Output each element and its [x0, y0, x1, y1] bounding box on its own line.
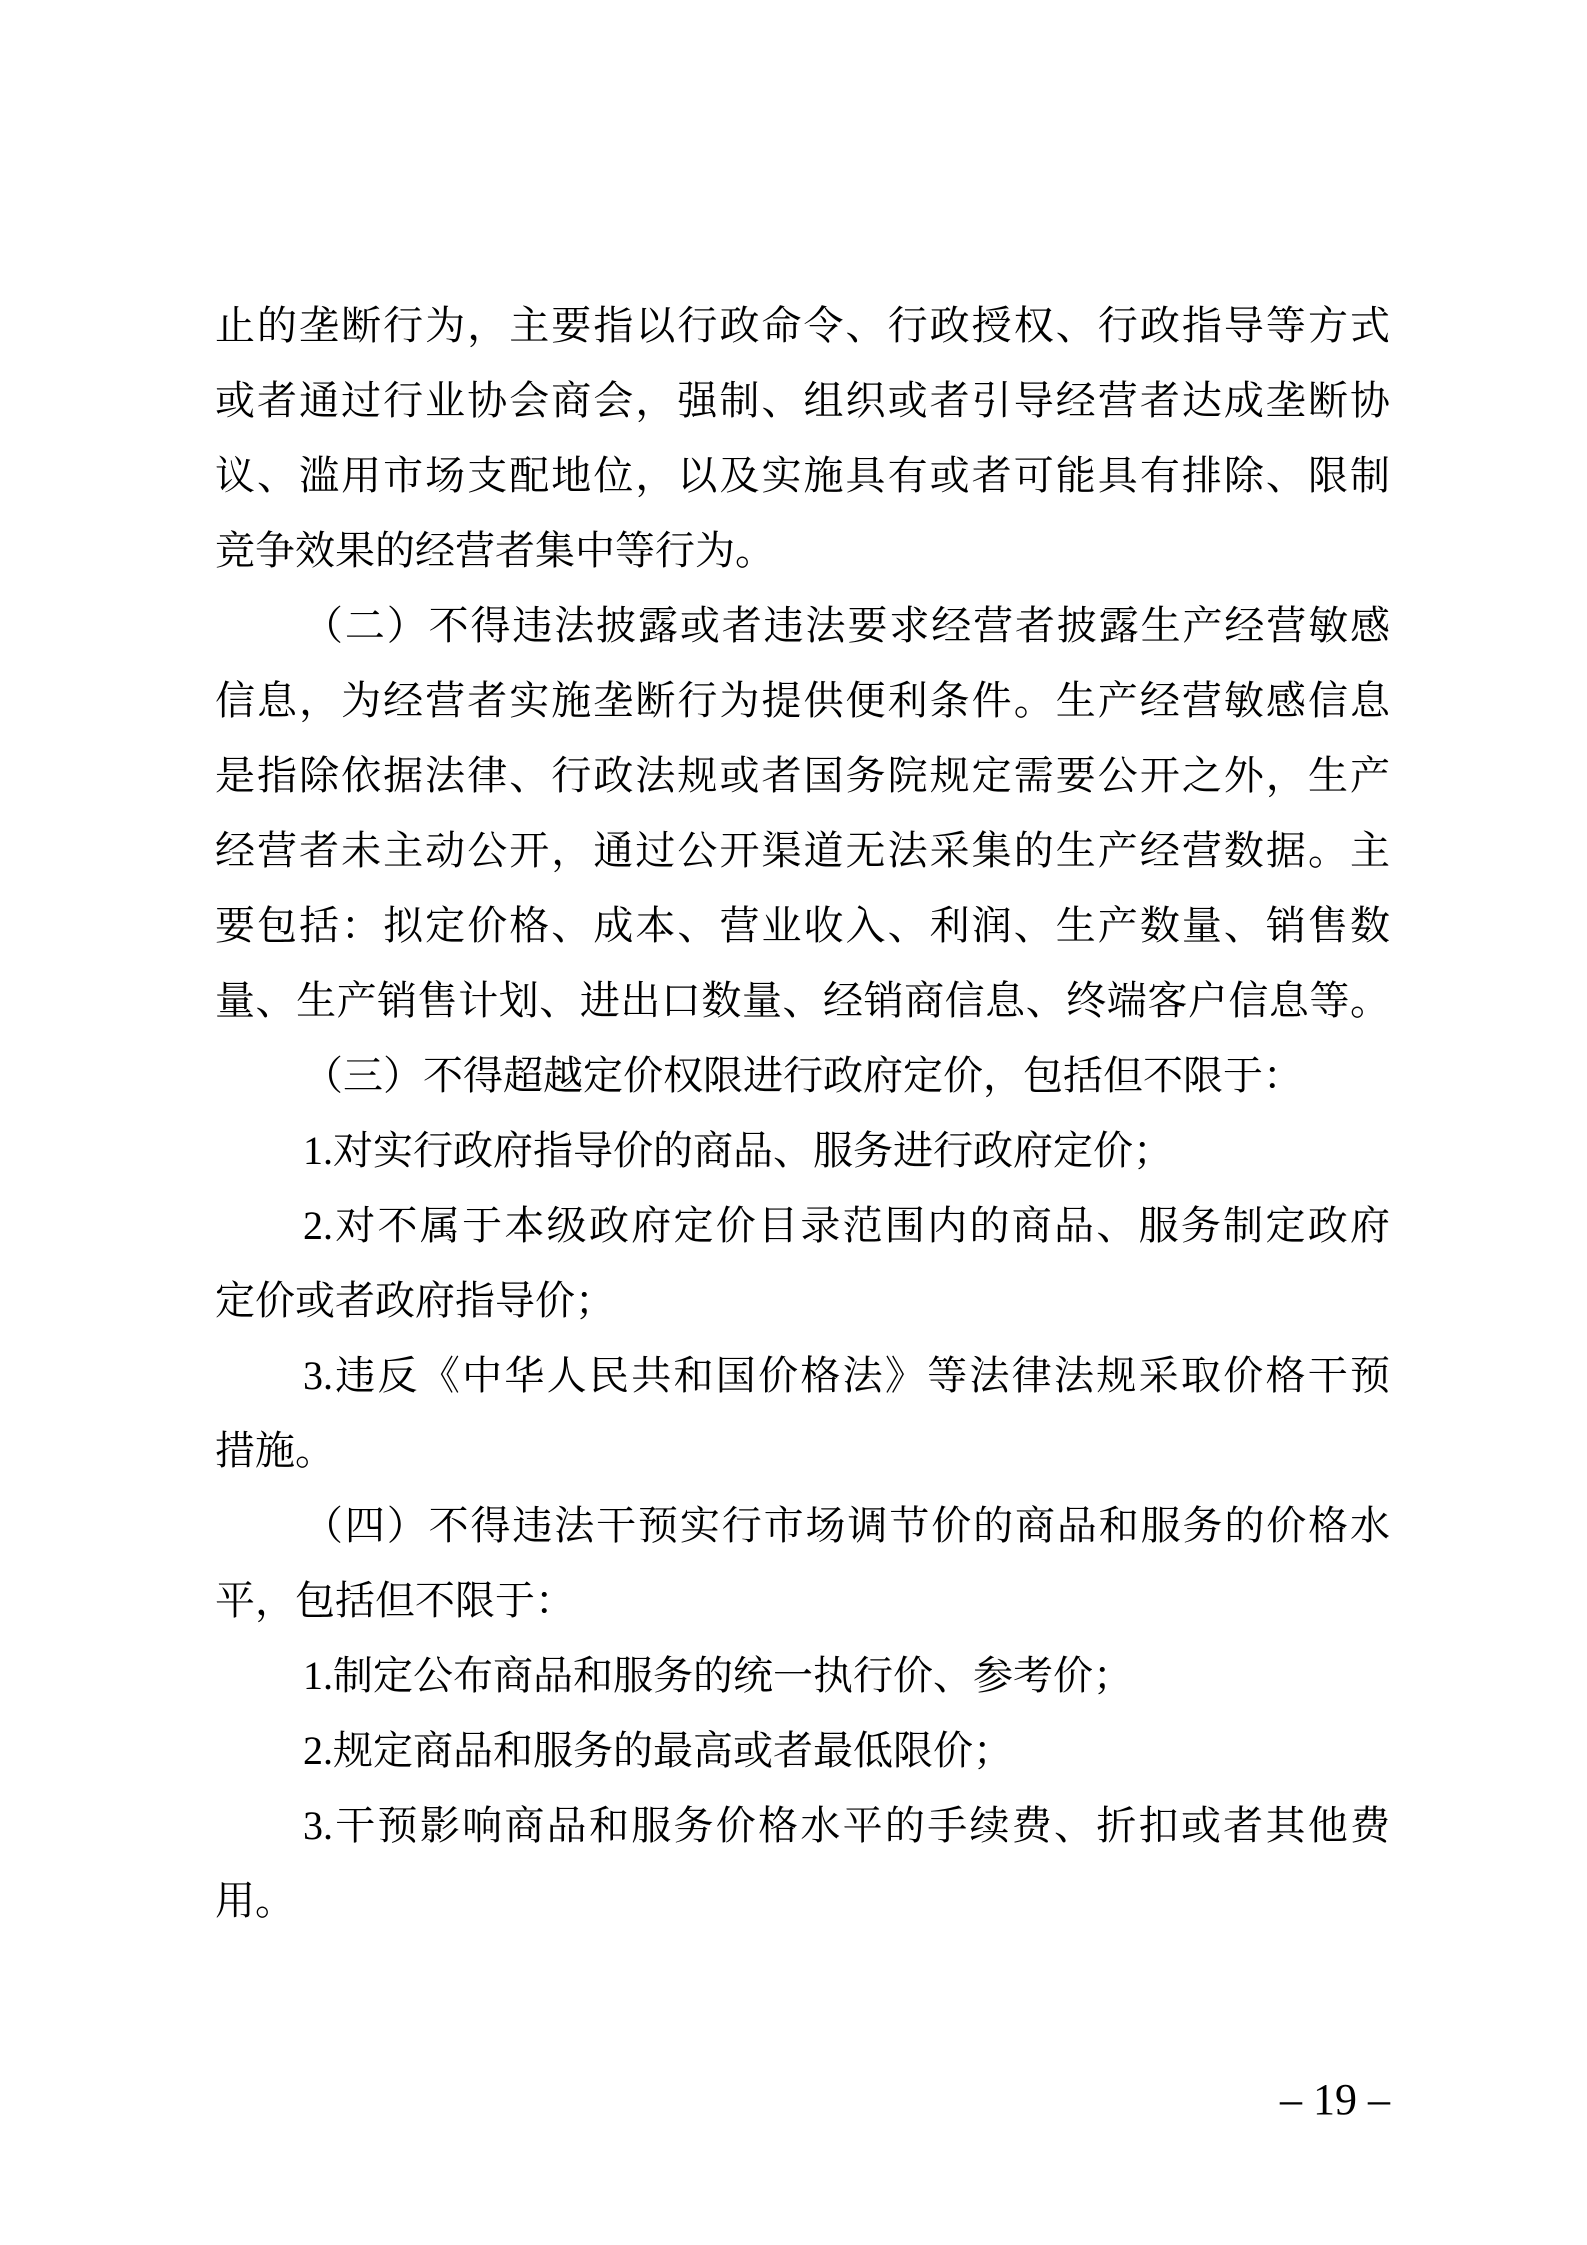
document-line: 平，包括但不限于： — [215, 1563, 1390, 1638]
document-line: 1.对实行政府指导价的商品、服务进行政府定价； — [215, 1113, 1390, 1188]
document-line: 1.制定公布商品和服务的统一执行价、参考价； — [215, 1638, 1390, 1713]
document-line: 定价或者政府指导价； — [215, 1263, 1390, 1338]
document-line: 信息，为经营者实施垄断行为提供便利条件。生产经营敏感信息 — [215, 663, 1390, 738]
document-line: 议、滥用市场支配地位，以及实施具有或者可能具有排除、限制 — [215, 438, 1390, 513]
document-line: 或者通过行业协会商会，强制、组织或者引导经营者达成垄断协 — [215, 363, 1390, 438]
page-number: – 19 – — [1280, 2078, 1390, 2122]
document-line: 竞争效果的经营者集中等行为。 — [215, 513, 1390, 588]
document-line: 是指除依据法律、行政法规或者国务院规定需要公开之外，生产 — [215, 738, 1390, 813]
document-line: 2.对不属于本级政府定价目录范围内的商品、服务制定政府 — [215, 1188, 1390, 1263]
document-page: 止的垄断行为，主要指以行政命令、行政授权、行政指导等方式 或者通过行业协会商会，… — [0, 0, 1587, 2245]
document-line: 3.违反《中华人民共和国价格法》等法律法规采取价格干预 — [215, 1338, 1390, 1413]
document-line: 要包括：拟定价格、成本、营业收入、利润、生产数量、销售数 — [215, 888, 1390, 963]
document-line: 量、生产销售计划、进出口数量、经销商信息、终端客户信息等。 — [215, 963, 1390, 1038]
document-line: 经营者未主动公开，通过公开渠道无法采集的生产经营数据。主 — [215, 813, 1390, 888]
document-body: 止的垄断行为，主要指以行政命令、行政授权、行政指导等方式 或者通过行业协会商会，… — [215, 288, 1390, 1938]
document-line: 措施。 — [215, 1413, 1390, 1488]
document-line: 止的垄断行为，主要指以行政命令、行政授权、行政指导等方式 — [215, 288, 1390, 363]
document-line: 3.干预影响商品和服务价格水平的手续费、折扣或者其他费 — [215, 1788, 1390, 1863]
document-line: 用。 — [215, 1863, 1390, 1938]
document-line: （三）不得超越定价权限进行政府定价，包括但不限于： — [215, 1038, 1390, 1113]
document-line: 2.规定商品和服务的最高或者最低限价； — [215, 1713, 1390, 1788]
document-line: （四）不得违法干预实行市场调节价的商品和服务的价格水 — [215, 1488, 1390, 1563]
document-line: （二）不得违法披露或者违法要求经营者披露生产经营敏感 — [215, 588, 1390, 663]
